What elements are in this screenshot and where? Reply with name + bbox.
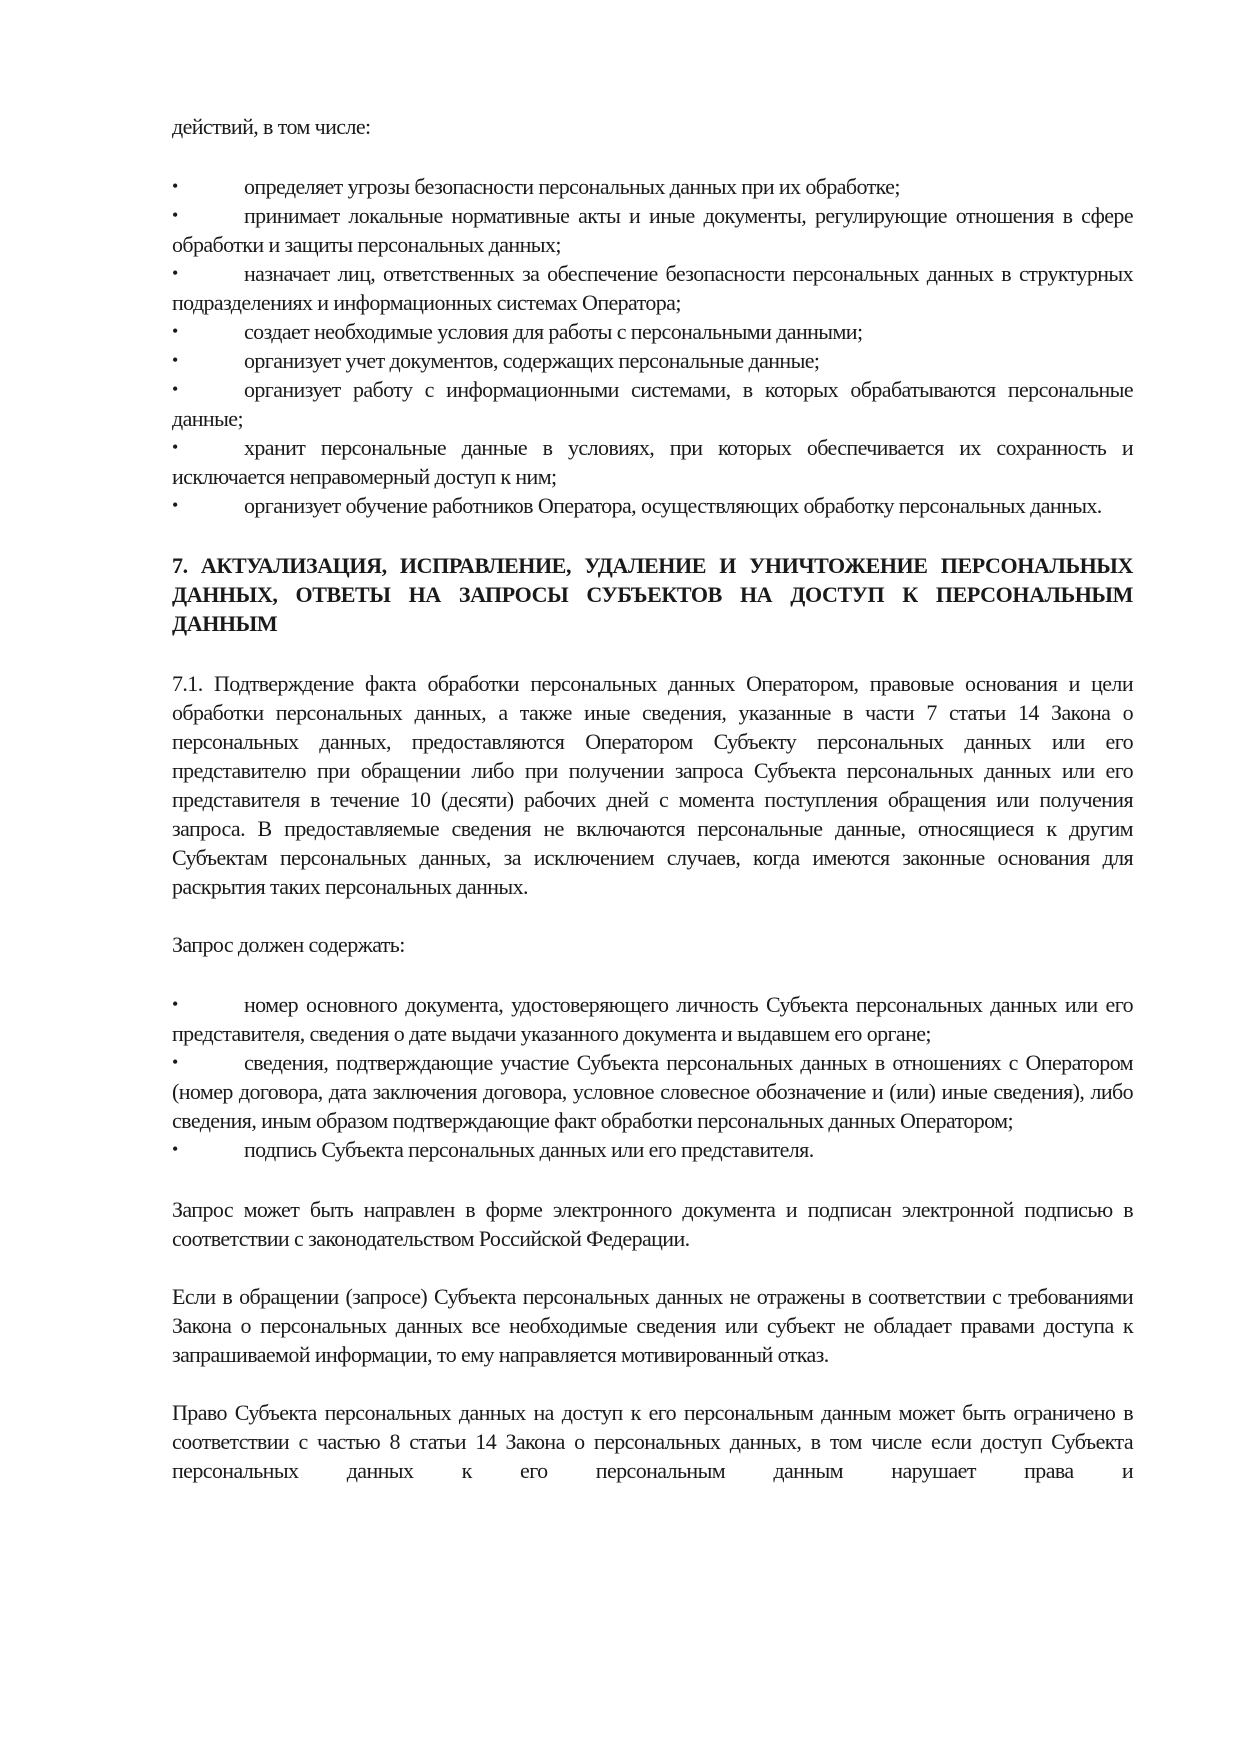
list-item: •организует учет документов, содержащих … [172,346,1133,375]
bullet-icon: • [172,433,178,462]
list-item: •хранит персональные данные в условиях, … [172,433,1133,491]
section-7-heading: 7. АКТУАЛИЗАЦИЯ, ИСПРАВЛЕНИЕ, УДАЛЕНИЕ И… [172,551,1133,638]
paragraph-electronic-request: Запрос может быть направлен в форме элек… [172,1195,1133,1253]
bullet-icon: • [172,317,178,346]
operator-actions-list: •определяет угрозы безопасности персонал… [172,172,1133,520]
bullet-icon: • [172,1048,178,1077]
list-item: •подпись Субъекта персональных данных ил… [172,1135,1133,1164]
list-item: •организует обучение работников Оператор… [172,491,1133,520]
bullet-icon: • [172,346,178,375]
list-item: •принимает локальные нормативные акты и … [172,201,1133,259]
paragraph-7-1: 7.1. Подтверждение факта обработки персо… [172,669,1133,901]
document-page: действий, в том числе: •определяет угроз… [172,112,1133,1485]
bullet-icon: • [172,1135,178,1164]
list-item: •определяет угрозы безопасности персонал… [172,172,1133,201]
bullet-icon: • [172,201,178,230]
list-item: •сведения, подтверждающие участие Субъек… [172,1048,1133,1135]
bullet-icon: • [172,491,178,520]
paragraph-access-restriction: Право Субъекта персональных данных на до… [172,1398,1133,1485]
request-requirements-list: •номер основного документа, удостоверяющ… [172,990,1133,1164]
request-intro-text: Запрос должен содержать: [172,930,1133,959]
list-item: •организует работу с информационными сис… [172,375,1133,433]
list-item: •номер основного документа, удостоверяющ… [172,990,1133,1048]
bullet-icon: • [172,990,178,1019]
intro-text: действий, в том числе: [172,112,1133,141]
bullet-icon: • [172,172,178,201]
list-item: •назначает лиц, ответственных за обеспеч… [172,259,1133,317]
paragraph-refusal: Если в обращении (запросе) Субъекта перс… [172,1282,1133,1369]
bullet-icon: • [172,259,178,288]
list-item: •создает необходимые условия для работы … [172,317,1133,346]
bullet-icon: • [172,375,178,404]
